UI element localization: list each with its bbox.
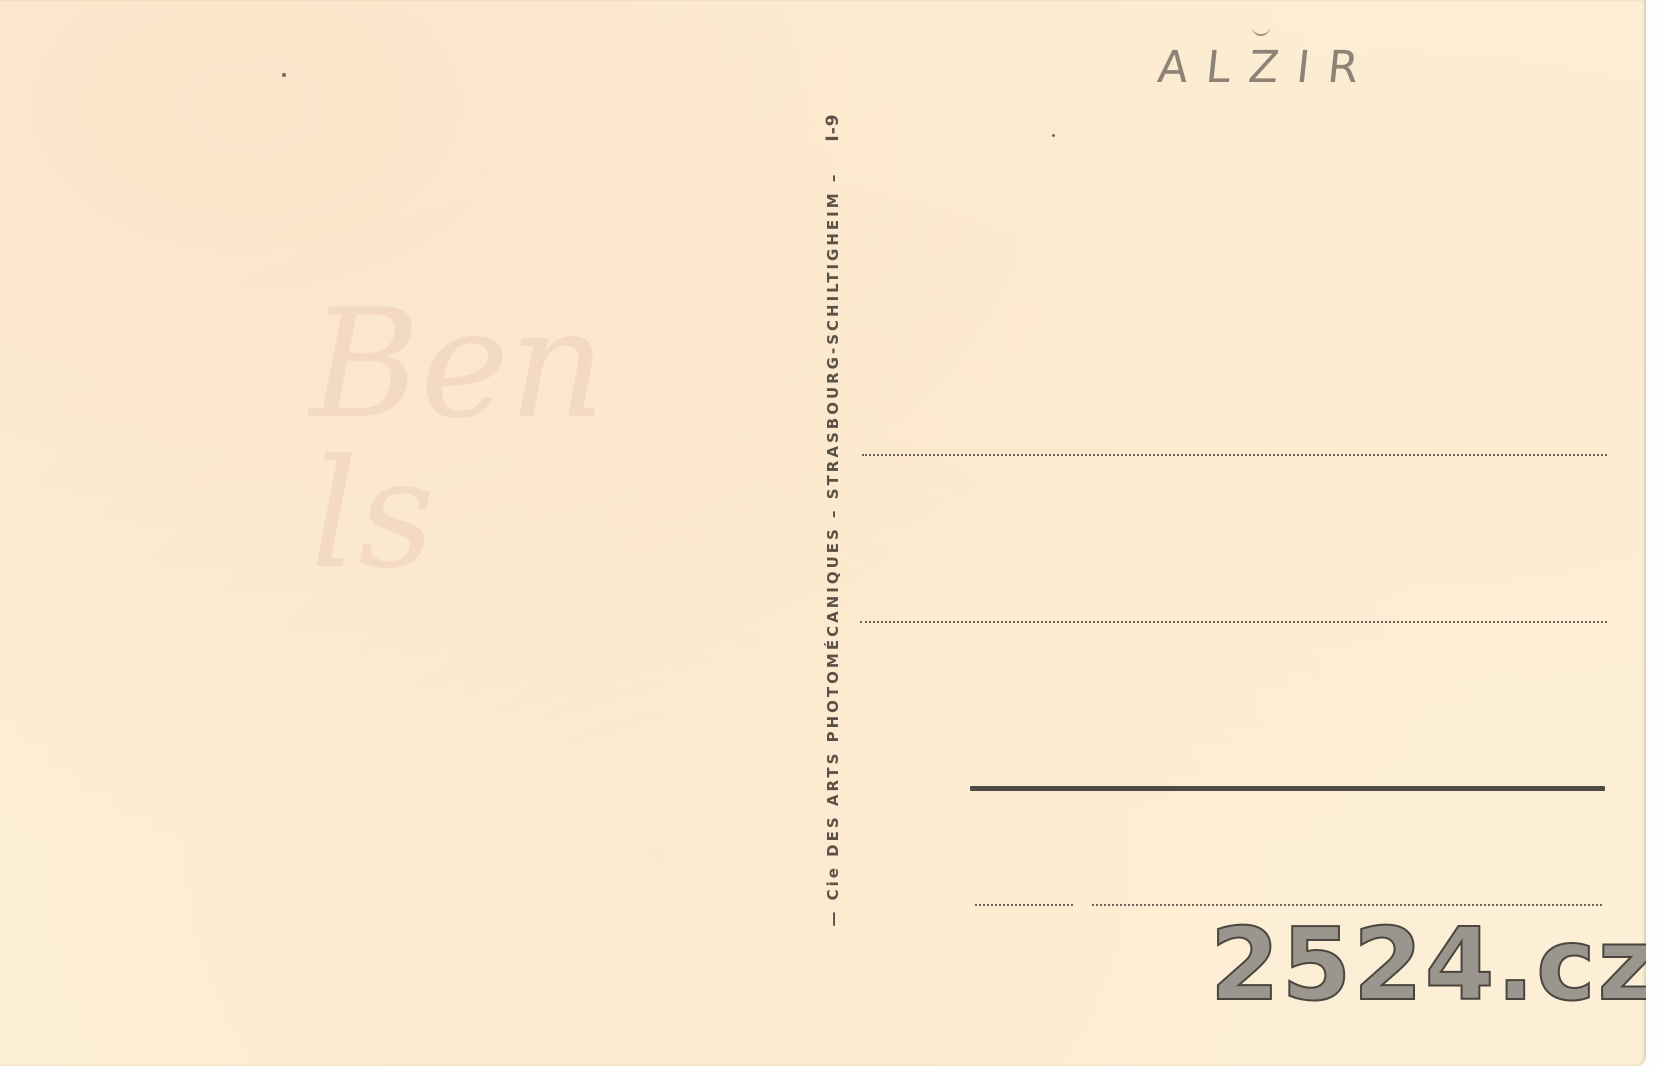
ink-speck bbox=[1052, 134, 1055, 137]
address-line-4-short bbox=[975, 904, 1073, 906]
address-line-2 bbox=[860, 621, 1607, 623]
publisher-imprint: — Cie DES ARTS PHOTOMÉCANIQUES – STRASBO… bbox=[823, 113, 843, 926]
address-line-3-solid bbox=[970, 786, 1605, 791]
card-code: I-9 bbox=[823, 113, 843, 141]
ink-speck bbox=[282, 73, 286, 77]
address-line-1 bbox=[862, 454, 1607, 456]
publisher-line: — Cie DES ARTS PHOTOMÉCANIQUES – STRASBO… bbox=[824, 172, 842, 927]
watermark: 2524.cz bbox=[1210, 915, 1658, 1015]
handwritten-note: ALZIR bbox=[1155, 42, 1379, 93]
scan-edge bbox=[1646, 0, 1658, 1066]
handwritten-accent-mark bbox=[1252, 26, 1270, 36]
postcard-back: Ben ls — Cie DES ARTS PHOTOMÉCANIQUES – … bbox=[0, 0, 1646, 1066]
faint-handwriting: Ben ls bbox=[310, 290, 690, 710]
